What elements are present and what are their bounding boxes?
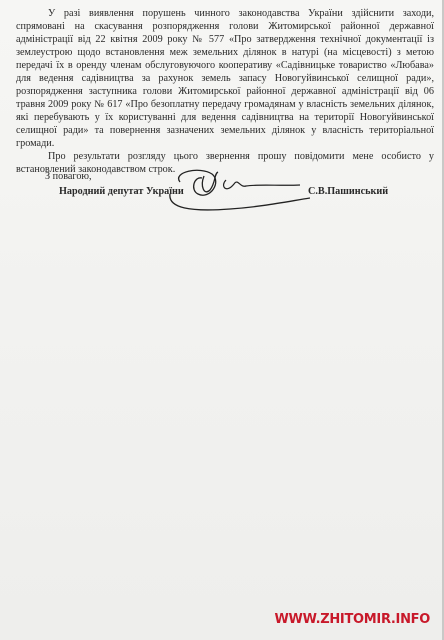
paragraph-measures: У разі виявлення порушень чинного законо… [16,7,434,150]
document-page: У разі виявлення порушень чинного законо… [0,0,444,640]
signatory-name: С.В.Пашинський [308,186,388,197]
closing-salutation: З повагою, [45,171,92,182]
signature-icon [160,164,310,214]
document-body: У разі виявлення порушень чинного законо… [16,7,434,176]
site-watermark: WWW.ZHITOMIR.INFO [275,612,430,627]
